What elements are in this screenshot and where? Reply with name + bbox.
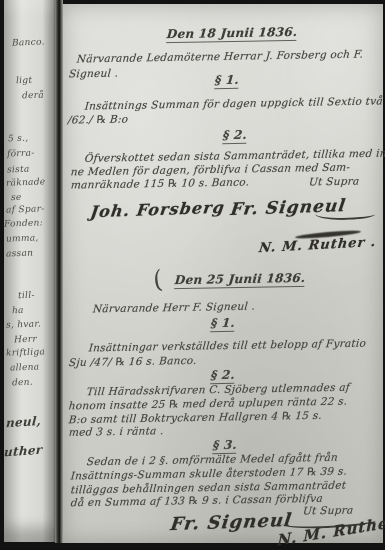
adjacent-page-fragment: Fonden:	[4, 218, 43, 229]
adjacent-page-fragment: se	[11, 193, 22, 203]
adjacent-page-fragment: räknade	[6, 177, 46, 188]
entry1-present-line2: Signeul .	[68, 68, 118, 81]
entry2-section3-mark-text: § 3.	[212, 438, 237, 454]
entry1-section2-mark-text: § 2.	[222, 128, 247, 144]
adjacent-page-fragment: assan	[6, 249, 34, 260]
adjacent-page-signature-fragment: neul,	[6, 414, 42, 431]
entry2-section2-mark-text: § 2.	[210, 368, 235, 384]
entry1-date: Den 18 Junii 1836.	[166, 25, 298, 41]
entry2-section1-mark: § 1.	[210, 316, 235, 330]
adjacent-page-fragment: sista	[7, 165, 30, 176]
entry1-section1-mark: § 1.	[214, 73, 239, 87]
entry2-section2-line3: B:o samt till Boktryckaren Hallgren 4 ℞ …	[68, 410, 322, 426]
signature-flourish	[315, 208, 375, 221]
signature-ruther-entry1: N. M. Ruther .	[258, 235, 377, 256]
main-page: Den 18 Junii 1836. Närvarande Ledamötern…	[63, 4, 383, 543]
adjacent-page-fragment: till-	[18, 291, 35, 302]
entry2-section2-line4: med 3 s. i ränta .	[68, 425, 164, 439]
entry2-section1-mark-text: § 1.	[210, 316, 235, 332]
entry2-present-line1: Närvarande Herr F. Signeul .	[92, 301, 255, 316]
adjacent-page-fragment: umma,	[6, 233, 39, 244]
adjacent-page-fragment: Herr	[14, 335, 37, 346]
adjacent-page-fragment: s, hvar.	[6, 319, 41, 330]
entry1-section1-line1: Insättnings Summan för dagen uppgick til…	[84, 95, 383, 112]
signature-forsberg: Joh. Forsberg	[89, 198, 226, 222]
entry2-section3-mark: § 3.	[212, 438, 237, 452]
adjacent-page-fragment: allena	[10, 362, 40, 373]
date-flourish: (	[149, 265, 167, 295]
adjacent-page-signature-fragment: uther	[4, 443, 43, 460]
adjacent-page-fragment: kriftliga	[6, 347, 45, 358]
entry2-section1-line2: Sju /47/ ℞ 16 s. Banco.	[68, 355, 197, 369]
adjacent-page-fragment: den.	[12, 378, 33, 389]
entry1-section2-line3: manräknade 115 ℞ 10 s. Banco.	[70, 176, 250, 191]
manuscript-photo: Banco. ligt derå 5 s., förra- sista räkn…	[0, 0, 385, 550]
entry1-section1-line2: /62./ ℞ B:o	[67, 113, 128, 126]
adjacent-page-fragment: af Spar-	[6, 204, 45, 215]
adjacent-page-fragment: ligt	[16, 76, 33, 87]
entry2-date-text: Den 25 Junii 1836.	[174, 271, 306, 289]
entry1-section2-mark: § 2.	[222, 128, 247, 142]
entry1-date-text: Den 18 Junii 1836.	[166, 25, 298, 43]
adjacent-page-fragment: Banco.	[12, 37, 45, 48]
adjacent-page-fragment: förra-	[7, 149, 35, 160]
adjacent-page-fragment: ha	[12, 306, 24, 316]
entry2-date: Den 25 Junii 1836.	[174, 271, 306, 287]
adjacent-page-fragment: derå	[22, 91, 44, 102]
page-fold-gutter	[55, 0, 63, 543]
adjacent-page-edge: Banco. ligt derå 5 s., förra- sista räkn…	[4, 0, 55, 542]
entry1-ut-supra: Ut Supra	[308, 176, 360, 189]
entry2-section2-mark: § 2.	[210, 368, 235, 382]
adjacent-page-fragment: 5 s.,	[8, 134, 29, 145]
signature-signeul-entry2: Fr. Signeul	[169, 510, 293, 535]
entry2-section1-line1: Insättningar verkställdes till ett belop…	[88, 338, 366, 355]
entry1-section1-mark-text: § 1.	[214, 73, 239, 89]
entry1-present-line1: Närvarande Ledamöterne Herrar J. Forsber…	[76, 49, 364, 66]
